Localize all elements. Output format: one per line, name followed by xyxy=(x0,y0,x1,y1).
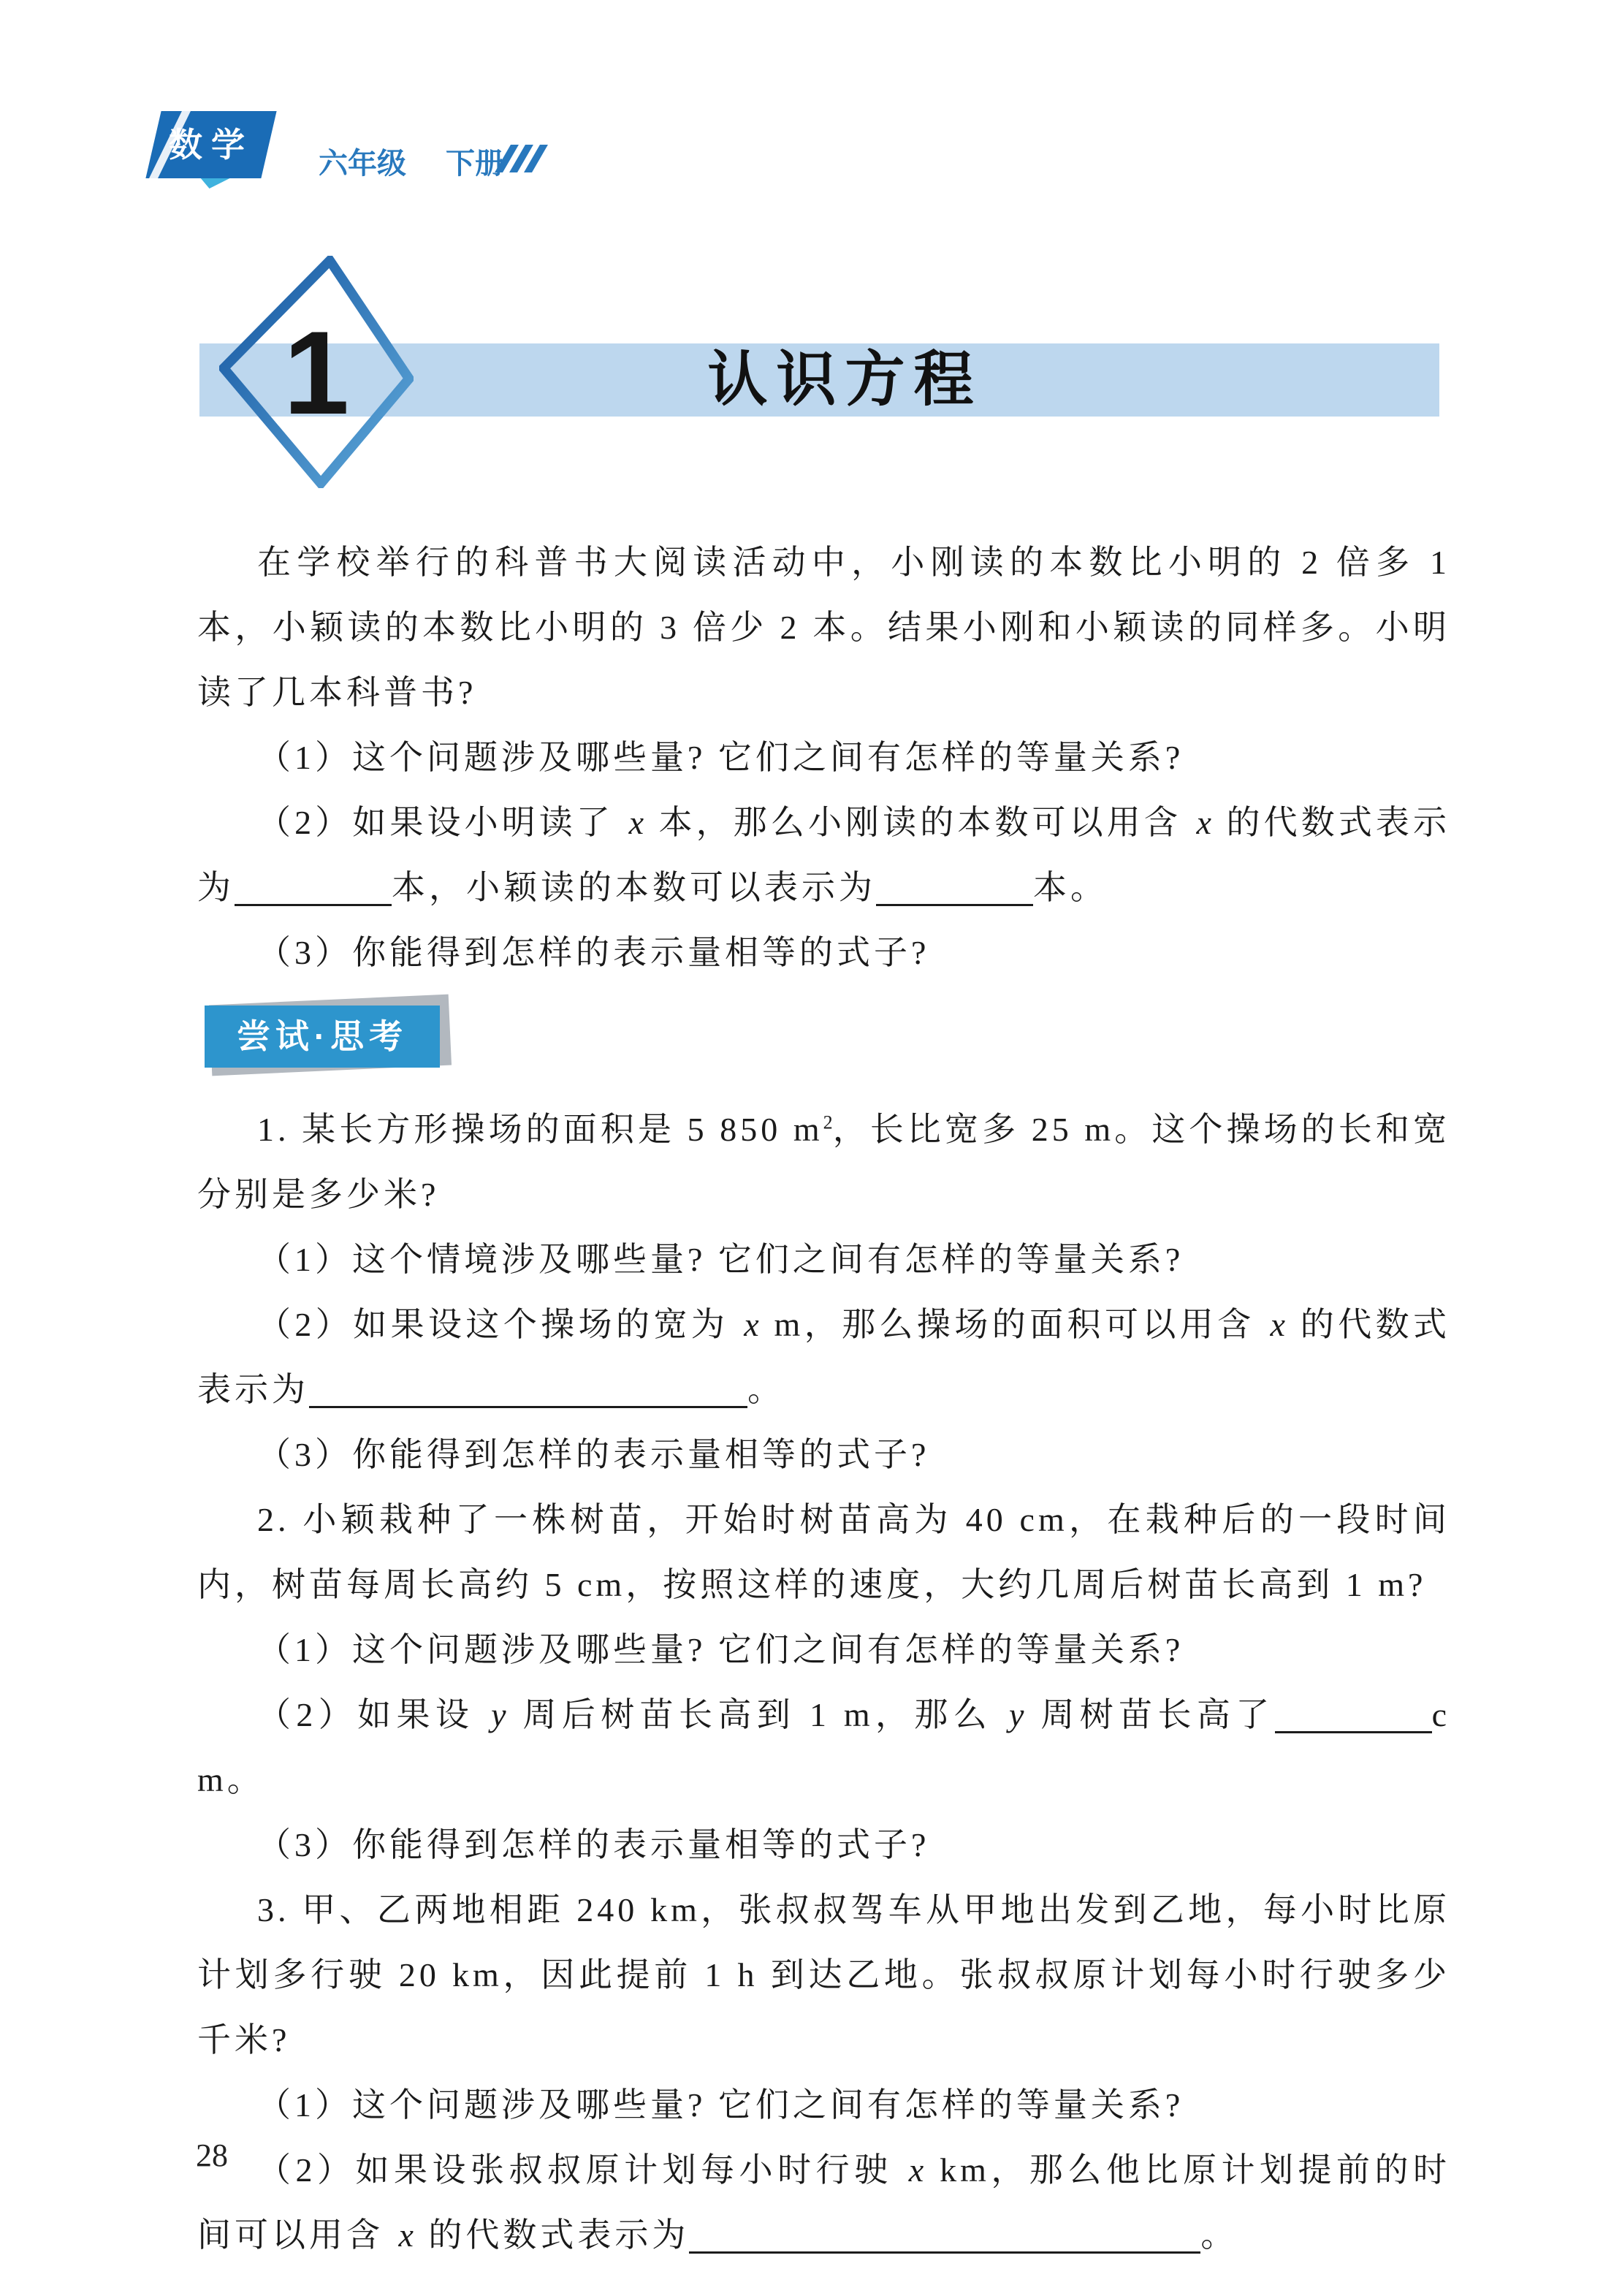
subject-logo: 数学 xyxy=(143,110,289,191)
exercise-1-q1: （1）这个情境涉及哪些量? 它们之间有怎样的等量关系? xyxy=(197,1227,1450,1292)
superscript: 2 xyxy=(823,1112,833,1133)
try-think-badge: 尝试·思考 xyxy=(205,1006,440,1068)
text-run: 本。 xyxy=(1033,869,1108,906)
text-run: （1）这个问题涉及哪些量? 它们之间有怎样的等量关系? xyxy=(257,2086,1184,2124)
text-run: （2）如果设这个操场的宽为 xyxy=(257,1306,741,1343)
page-number: 28 xyxy=(196,2137,228,2174)
text-run: （2）如果设 xyxy=(257,1696,488,1733)
intro-q2: （2）如果设小明读了 x 本，那么小刚读的本数可以用含 x 的代数式表示为本，小… xyxy=(197,790,1450,920)
exercise-2-q1: （1）这个问题涉及哪些量? 它们之间有怎样的等量关系? xyxy=(197,1617,1450,1682)
textbook-page: 数学 六年级 下册 认识方程 1 在学校举行的科普书大阅读活动中，小刚读的本数比… xyxy=(0,0,1622,2296)
exercise-3: 3. 甲、乙两地相距 240 km，张叔叔驾车从甲地出发到乙地，每小时比原计划多… xyxy=(197,1877,1450,2072)
math-variable: x xyxy=(396,2216,416,2254)
subject-label: 数学 xyxy=(153,111,269,178)
exercise-1-q3: （3）你能得到怎样的表示量相等的式子? xyxy=(197,1422,1450,1487)
text-run: （2）如果设张叔叔原计划每小时行驶 xyxy=(257,2151,906,2189)
text-run: （1）这个问题涉及哪些量? 它们之间有怎样的等量关系? xyxy=(257,1631,1184,1668)
math-variable: x xyxy=(741,1306,761,1343)
text-run: 周树苗长高了 xyxy=(1027,1696,1274,1733)
exercise-1: 1. 某长方形操场的面积是 5 850 m2，长比宽多 25 m。这个操场的长和… xyxy=(197,1097,1450,1227)
exercise-2: 2. 小颖栽种了一株树苗，开始时树苗高为 40 cm，在栽种后的一段时间内，树苗… xyxy=(197,1487,1450,1617)
badge-face: 尝试·思考 xyxy=(205,1006,440,1068)
text-run: 。 xyxy=(747,1371,785,1408)
exercise-1-q2: （2）如果设这个操场的宽为 x m，那么操场的面积可以用含 x 的代数式表示为。 xyxy=(197,1292,1450,1422)
math-variable: x xyxy=(1267,1306,1287,1343)
text-run: （3）你能得到怎样的表示量相等的式子? xyxy=(257,1436,929,1473)
text-run: 在学校举行的科普书大阅读活动中，小刚读的本数比小明的 2 倍多 1 本，小颖读的… xyxy=(197,544,1450,711)
fill-in-blank xyxy=(876,870,1033,906)
math-variable: x xyxy=(1194,804,1214,841)
intro-section: 在学校举行的科普书大阅读活动中，小刚读的本数比小明的 2 倍多 1 本，小颖读的… xyxy=(197,530,1450,985)
edition-info: 六年级 下册 xyxy=(319,140,504,182)
grade-label: 六年级 xyxy=(319,140,406,182)
page-content: 在学校举行的科普书大阅读活动中，小刚读的本数比小明的 2 倍多 1 本，小颖读的… xyxy=(197,530,1450,2268)
intro-q1: （1）这个问题涉及哪些量? 它们之间有怎样的等量关系? xyxy=(197,725,1450,790)
exercise-3-q2: （2）如果设张叔叔原计划每小时行驶 x km，那么他比原计划提前的时间可以用含 … xyxy=(197,2137,1450,2268)
exercise-section: 1. 某长方形操场的面积是 5 850 m2，长比宽多 25 m。这个操场的长和… xyxy=(197,1097,1450,2268)
exercise-2-q3: （3）你能得到怎样的表示量相等的式子? xyxy=(197,1812,1450,1877)
text-run: （1）这个情境涉及哪些量? 它们之间有怎样的等量关系? xyxy=(257,1241,1184,1278)
volume-label: 下册 xyxy=(446,140,504,182)
badge-label: 尝试·思考 xyxy=(205,1006,440,1068)
math-variable: x xyxy=(906,2151,926,2189)
text-run: 1. 某长方形操场的面积是 5 850 m xyxy=(257,1111,823,1148)
text-run: 本，小颖读的本数可以表示为 xyxy=(392,869,876,906)
text-run: 本，那么小刚读的本数可以用含 xyxy=(647,804,1194,841)
math-variable: y xyxy=(1006,1696,1027,1733)
text-run: 周后树苗长高到 1 m，那么 xyxy=(509,1696,1006,1733)
fill-in-blank xyxy=(1275,1698,1432,1733)
text-run: 的代数式表示为 xyxy=(416,2216,690,2254)
fill-in-blank xyxy=(235,870,392,906)
text-run: （3）你能得到怎样的表示量相等的式子? xyxy=(257,934,929,971)
text-run: （1）这个问题涉及哪些量? 它们之间有怎样的等量关系? xyxy=(257,739,1184,776)
text-run: （3）你能得到怎样的表示量相等的式子? xyxy=(257,1826,929,1863)
fill-in-blank xyxy=(309,1372,747,1408)
chapter-number: 1 xyxy=(283,314,349,433)
fill-in-blank xyxy=(689,2218,1200,2254)
exercise-2-q2: （2）如果设 y 周后树苗长高到 1 m，那么 y 周树苗长高了cm。 xyxy=(197,1682,1450,1812)
intro-paragraph: 在学校举行的科普书大阅读活动中，小刚读的本数比小明的 2 倍多 1 本，小颖读的… xyxy=(197,530,1450,725)
text-run: m，那么操场的面积可以用含 xyxy=(762,1306,1268,1343)
text-run: 。 xyxy=(1200,2216,1238,2254)
math-variable: y xyxy=(488,1696,509,1733)
math-variable: x xyxy=(626,804,647,841)
triple-slash-icon xyxy=(503,145,540,172)
exercise-3-q1: （1）这个问题涉及哪些量? 它们之间有怎样的等量关系? xyxy=(197,2072,1450,2137)
text-run: （2）如果设小明读了 xyxy=(257,804,626,841)
intro-q3: （3）你能得到怎样的表示量相等的式子? xyxy=(197,920,1450,985)
text-run: 2. 小颖栽种了一株树苗，开始时树苗高为 40 cm，在栽种后的一段时间内，树苗… xyxy=(197,1501,1450,1603)
text-run: 3. 甲、乙两地相距 240 km，张叔叔驾车从甲地出发到乙地，每小时比原计划多… xyxy=(197,1891,1450,2059)
